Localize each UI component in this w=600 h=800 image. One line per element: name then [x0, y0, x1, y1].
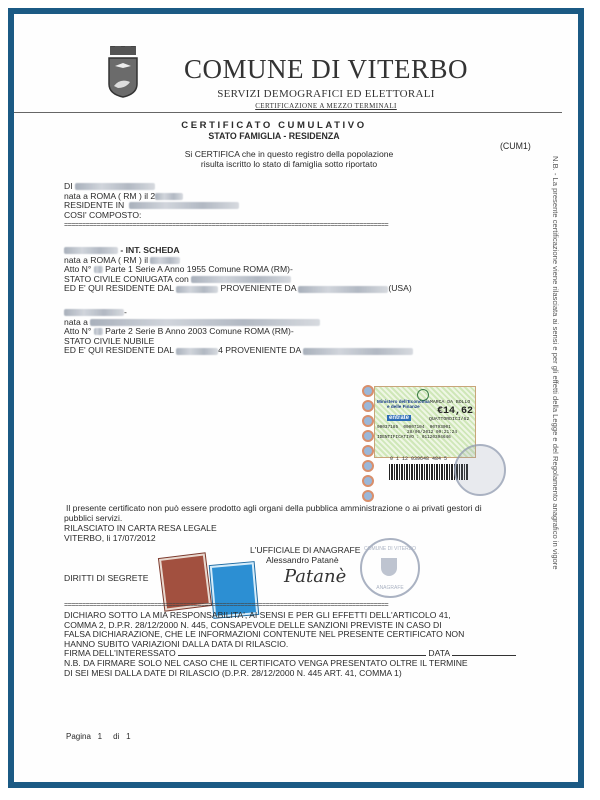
- signatory-name: Alessandro Patanè: [266, 556, 339, 566]
- redacted-act-number: [94, 328, 103, 335]
- redacted-origin: [303, 348, 413, 355]
- redacted-name: [64, 247, 118, 254]
- anagrafe-seal-stamp: [454, 444, 506, 496]
- civil-status: STATO CIVILE CONIUGATA con: [64, 274, 189, 284]
- member-birth: nata a: [64, 317, 88, 327]
- document-frame: COMUNE DI VITERBO SERVIZI DEMOGRAFICI ED…: [8, 8, 584, 788]
- date-field[interactable]: [452, 655, 516, 656]
- head-birth: nata a ROMA ( RM ) il 2: [64, 191, 155, 201]
- certificate-title: CERTIFICATO CUMULATIVO: [144, 120, 404, 131]
- stamp-amount: €14,62: [437, 406, 473, 417]
- origin-suffix: (USA): [388, 283, 411, 293]
- di-label: DI: [64, 181, 73, 191]
- act-prefix: Atto N°: [64, 326, 91, 336]
- stamp-issuer-line-2: e delle Finanze: [377, 404, 430, 409]
- redacted-spouse: [191, 276, 291, 283]
- member-name-suffix: -: [124, 307, 127, 317]
- redacted-birthdate: [150, 257, 180, 264]
- page-total: 1: [126, 732, 130, 741]
- family-member-1: - INT. SCHEDA nata a ROMA ( RM ) il Atto…: [64, 246, 412, 294]
- head-of-family-block: DI nata a ROMA ( RM ) il 2 RESIDENTE IN …: [64, 182, 239, 220]
- department-name: SERVIZI DEMOGRAFICI ED ELETTORALI: [14, 88, 578, 100]
- separator-line: ========================================…: [64, 602, 534, 610]
- stamp-perforation: [362, 382, 374, 490]
- place-date: VITERBO, li 17/07/2012: [64, 534, 156, 544]
- residence-since: ED E' QUI RESIDENTE DAL: [64, 345, 174, 355]
- redacted-birthplace: [90, 319, 320, 326]
- of-label: di: [113, 732, 119, 741]
- notice-line-1: Il presente certificato non può essere p…: [66, 504, 482, 514]
- act-prefix: Atto N°: [64, 264, 91, 274]
- declaration-block: DICHIARO SOTTO LA MIA RESPONSABILITA', A…: [64, 611, 534, 678]
- barcode-text: 0 1 12 039648 484 5: [390, 456, 447, 462]
- date-field-label: DATA: [428, 648, 449, 658]
- signature-field[interactable]: [178, 655, 426, 656]
- redacted-birthdate: [155, 193, 183, 200]
- origin-label: 4 PROVENIENTE DA: [218, 345, 301, 355]
- handwritten-signature: Patanè: [284, 566, 346, 587]
- certificate-subtitle: STATO FAMIGLIA - RESIDENZA: [144, 131, 404, 141]
- seal-emblem-icon: [381, 558, 397, 576]
- stamp-amount-words: QUATTORDICI/62: [429, 417, 469, 422]
- subdepartment-name: CERTIFICAZIONE A MEZZO TERMINALI: [14, 102, 578, 110]
- intro-line-2: risulta iscritto lo stato di famiglia so…: [144, 160, 434, 170]
- certificate-code: (CUM1): [500, 142, 531, 152]
- comune-viterbo-seal: COMUNE DI VITERBO ANAGRAFE: [360, 538, 420, 598]
- agency-logo: entrate: [387, 415, 411, 421]
- certificate-document: COMUNE DI VITERBO SERVIZI DEMOGRAFICI ED…: [14, 14, 578, 782]
- composed-label: COSI' COMPOSTO:: [64, 211, 239, 221]
- redacted-date: [176, 348, 218, 355]
- residence-label: RESIDENTE IN: [64, 200, 124, 210]
- seal-text-bottom: ANAGRAFE: [362, 585, 418, 591]
- redacted-date: [176, 286, 218, 293]
- stamp-identifier-label: IDENTIFICATIVO :: [377, 435, 419, 440]
- page-indicator: Pagina 1 di 1: [66, 732, 131, 742]
- revenue-stamp: Ministero dell'Economia e delle Finanze …: [374, 386, 476, 458]
- stamp-code-1: 00037185: [377, 425, 398, 430]
- act-details: Parte 1 Serie A Anno 1955 Comune ROMA (R…: [105, 264, 293, 274]
- stamp-label: MARCA DA BOLLO: [430, 400, 470, 405]
- act-details: Parte 2 Serie B Anno 2003 Comune ROMA (R…: [105, 326, 294, 336]
- redacted-origin: [298, 286, 388, 293]
- redacted-surname: [75, 183, 155, 190]
- side-note: N.B. - La presente certificazione viene …: [551, 156, 560, 716]
- member-birth: nata a ROMA ( RM ) il: [64, 255, 148, 265]
- fees-label: DIRITTI DI SEGRETE: [64, 574, 149, 584]
- stamp-issuer: Ministero dell'Economia e delle Finanze: [377, 399, 430, 409]
- redacted-name: [64, 309, 124, 316]
- redacted-address: [129, 202, 239, 209]
- residence-since: ED E' QUI RESIDENTE DAL: [64, 283, 174, 293]
- nb-line-2: DI SEI MESI DALLA DATE DI RILASCIO (D.P.…: [64, 669, 534, 679]
- member-name-suffix: - INT. SCHEDA: [120, 245, 179, 255]
- family-member-2: - nata a Atto N° Parte 2 Serie B Anno 20…: [64, 308, 413, 356]
- page-label: Pagina: [66, 732, 91, 741]
- seal-text-top: COMUNE DI VITERBO: [362, 546, 418, 552]
- separator-line: ========================================…: [64, 222, 534, 230]
- stamp-identifier: 01120394646: [422, 435, 451, 440]
- origin-label: PROVENIENTE DA: [221, 283, 296, 293]
- stamp-codes: 00037185 00007104 00793001 28/06/2012 09…: [377, 425, 457, 440]
- redacted-act-number: [94, 266, 103, 273]
- signature-field-label: FIRMA DELL'INTERESSATO: [64, 648, 176, 658]
- header-divider: [14, 112, 562, 113]
- page-current: 1: [98, 732, 102, 741]
- municipality-name: COMUNE DI VITERBO: [14, 54, 578, 85]
